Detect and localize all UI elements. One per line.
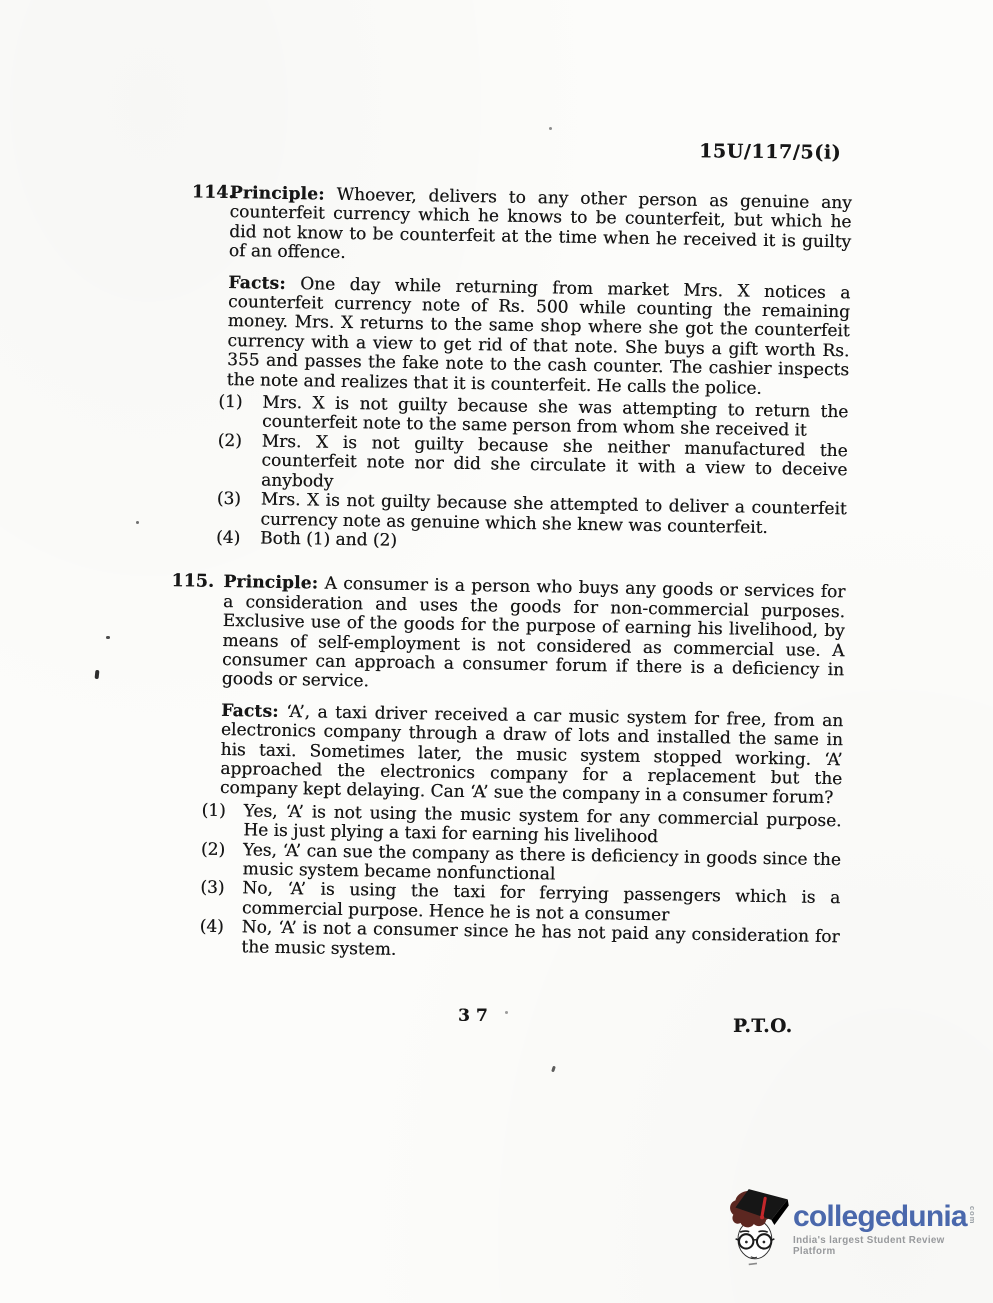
option-text: No, ‘A’ is not a consumer since he has n… <box>241 919 840 968</box>
facts-text: One day while returning from market Mrs.… <box>227 274 851 399</box>
brand-domain: com <box>968 1206 977 1224</box>
option-number: (3) <box>200 879 242 899</box>
question-number: 115. <box>171 572 214 592</box>
paper-code: 15U/117/5(i) <box>699 140 841 163</box>
logo-text: collegedunia com India's largest Student… <box>793 1186 977 1257</box>
facts-paragraph: Facts: One day while returning from mark… <box>227 274 851 401</box>
scan-artifact <box>106 636 110 639</box>
principle-paragraph: Principle: A consumer is a person who bu… <box>222 573 846 700</box>
option-number: (4) <box>200 918 242 938</box>
question-number: 114. <box>192 183 235 203</box>
option-number: (2) <box>201 840 243 860</box>
scan-artifact <box>136 521 139 524</box>
question-115: 115. Principle: A consumer is a person w… <box>217 573 845 967</box>
collegedunia-mascot-icon <box>726 1186 792 1266</box>
option-number: (1) <box>201 801 243 821</box>
option-number: (2) <box>218 432 262 452</box>
facts-text: ‘A’, a taxi driver received a car music … <box>220 702 844 809</box>
page-content: 114. Principle: Whoever, delivers to any… <box>217 184 852 967</box>
scan-artifact <box>549 127 552 130</box>
principle-label: Principle: <box>230 183 325 205</box>
facts-label: Facts: <box>221 701 279 722</box>
facts-label: Facts: <box>228 273 286 294</box>
collegedunia-logo: collegedunia com India's largest Student… <box>726 1186 976 1270</box>
question-114: 114. Principle: Whoever, delivers to any… <box>224 184 852 559</box>
options-list: (1) Yes, ‘A’ is not using the music syst… <box>217 802 841 968</box>
principle-paragraph: Principle: Whoever, delivers to any othe… <box>229 184 852 272</box>
facts-paragraph: Facts: ‘A’, a taxi driver received a car… <box>220 702 844 809</box>
option-number: (3) <box>217 490 261 510</box>
scan-artifact <box>505 1011 508 1014</box>
page-number: 37 <box>458 1006 494 1026</box>
option-4: (4) No, ‘A’ is not a consumer since he h… <box>199 918 840 967</box>
scan-artifact <box>551 1066 556 1073</box>
pto-label: P.T.O. <box>733 1016 793 1037</box>
principle-label: Principle: <box>223 572 318 594</box>
options-list: (1) Mrs. X is not guilty because she was… <box>224 393 848 559</box>
brand-name: collegedunia <box>793 1203 967 1231</box>
option-number: (1) <box>218 393 262 413</box>
option-number: (4) <box>216 529 260 549</box>
brand-tagline: India's largest Student Review Platform <box>793 1235 977 1257</box>
scan-artifact <box>95 670 99 679</box>
